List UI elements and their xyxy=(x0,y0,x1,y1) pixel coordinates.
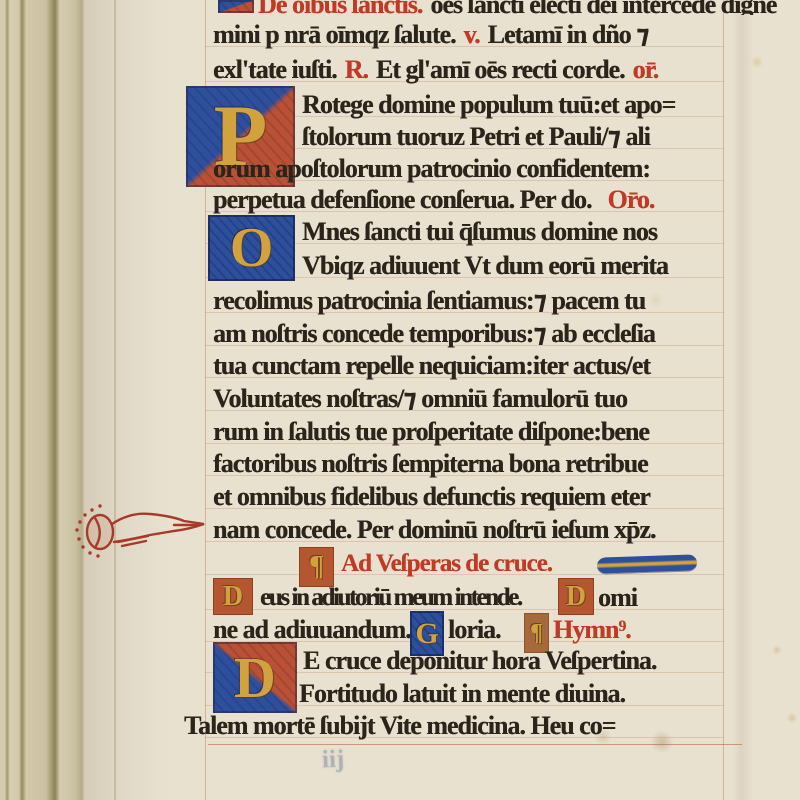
line2-text: exl'tate iuſti. xyxy=(213,55,337,84)
oratio-abbrev: or̄. xyxy=(633,55,659,84)
small-initial-d1: D xyxy=(213,578,253,615)
text-line-20: Fortitudo latuit in mente diuina. xyxy=(299,679,625,709)
text-line-14: factoribus noſtris ſempiterna bona retri… xyxy=(213,449,648,479)
faint-signature-mark: iij xyxy=(322,746,345,775)
hymn-label: Hymn⁹. xyxy=(553,615,631,645)
line1-text-b: Letamī in dño ⁊ xyxy=(488,20,649,49)
text-line-10: am noſtris concede temporibus:⁊ ab eccle… xyxy=(213,319,655,349)
clipped-initial-fragment xyxy=(218,0,254,13)
line2-text-b: Et gl'amī oēs recti corde. xyxy=(376,55,625,84)
response-mark: R. xyxy=(345,55,368,84)
text-line-1: mini p nrā oīmqz ſalute.v.Letamī in dño … xyxy=(213,20,648,50)
text-line-15: et omnibus fidelibus defunctis requiem e… xyxy=(213,482,650,512)
margin-ruling-right xyxy=(723,0,724,800)
rubric-ad-vesperas: Ad Veſperas de cruce. xyxy=(341,549,552,579)
bottom-ruling-line xyxy=(208,744,742,745)
versicle-mark: v. xyxy=(464,20,480,49)
illuminated-initial-o: O xyxy=(208,215,295,281)
manicule-icon xyxy=(70,496,212,560)
text-line-8: Vbiqz adiuuent Vt dum eorū merita xyxy=(302,251,668,281)
text-line-6: perpetua defenſione conſerua. Per do.Or̄… xyxy=(213,185,654,215)
line1-text: mini p nrā oīmqz ſalute. xyxy=(213,20,456,49)
text-line-2: exl'tate iuſti.R.Et gl'amī oēs recti cor… xyxy=(213,55,658,85)
clipped-text-line: De oībus ſanctis.oēs ſancti electi dei i… xyxy=(258,0,793,15)
oratio-rubric: Or̄o. xyxy=(607,185,654,214)
text-line-18b: loria. xyxy=(448,615,501,645)
book-page-edges xyxy=(0,0,84,800)
line-filler-bar xyxy=(597,554,697,573)
manuscript-photo: { "document": { "title": "Book of Hours … xyxy=(0,0,800,800)
page-fold-line xyxy=(114,0,116,800)
text-line-13: rum in ſalutis tue proſperitate diſpone:… xyxy=(213,417,649,447)
text-line-19: E cruce deponitur hora Veſpertina. xyxy=(303,646,656,676)
pilcrow-icon: ¶ xyxy=(299,547,334,587)
line6-text: perpetua defenſione conſerua. Per do. xyxy=(213,185,591,214)
text-line-12: Voluntates noſtras/⁊ omniū famulorū tuo xyxy=(213,384,627,414)
text-line-21: Talem mortē ſubijt Vite medicina. Heu co… xyxy=(184,711,615,741)
small-initial-d2: D xyxy=(558,578,594,615)
text-line-18: ne ad adiuuandum. xyxy=(213,615,411,645)
text-line-11: tua cunctam repelle nequiciam:iter actus… xyxy=(213,351,650,381)
text-line-17: eus in adiutoriū meum intende. xyxy=(260,583,521,613)
text-line-9: recolimus patrocinia ſentiamus:⁊ pacem t… xyxy=(213,286,645,316)
illuminated-initial-d: D xyxy=(213,642,297,713)
text-line-16: nam concede. Per dominū noſtrū ieſum xp̄… xyxy=(213,515,655,545)
text-line-17b: omi xyxy=(598,583,637,613)
text-line-7: Mnes ſancti tui q̄ſumus domine nos xyxy=(302,217,657,247)
text-line-4: ſtolorum tuoruz Petri et Pauli/⁊ ali xyxy=(302,122,650,152)
text-line-5: orum apoſtolorum patrocinio confidentem: xyxy=(213,154,650,184)
text-line-3: Rotege domine populum tuū:et apo= xyxy=(302,90,675,120)
